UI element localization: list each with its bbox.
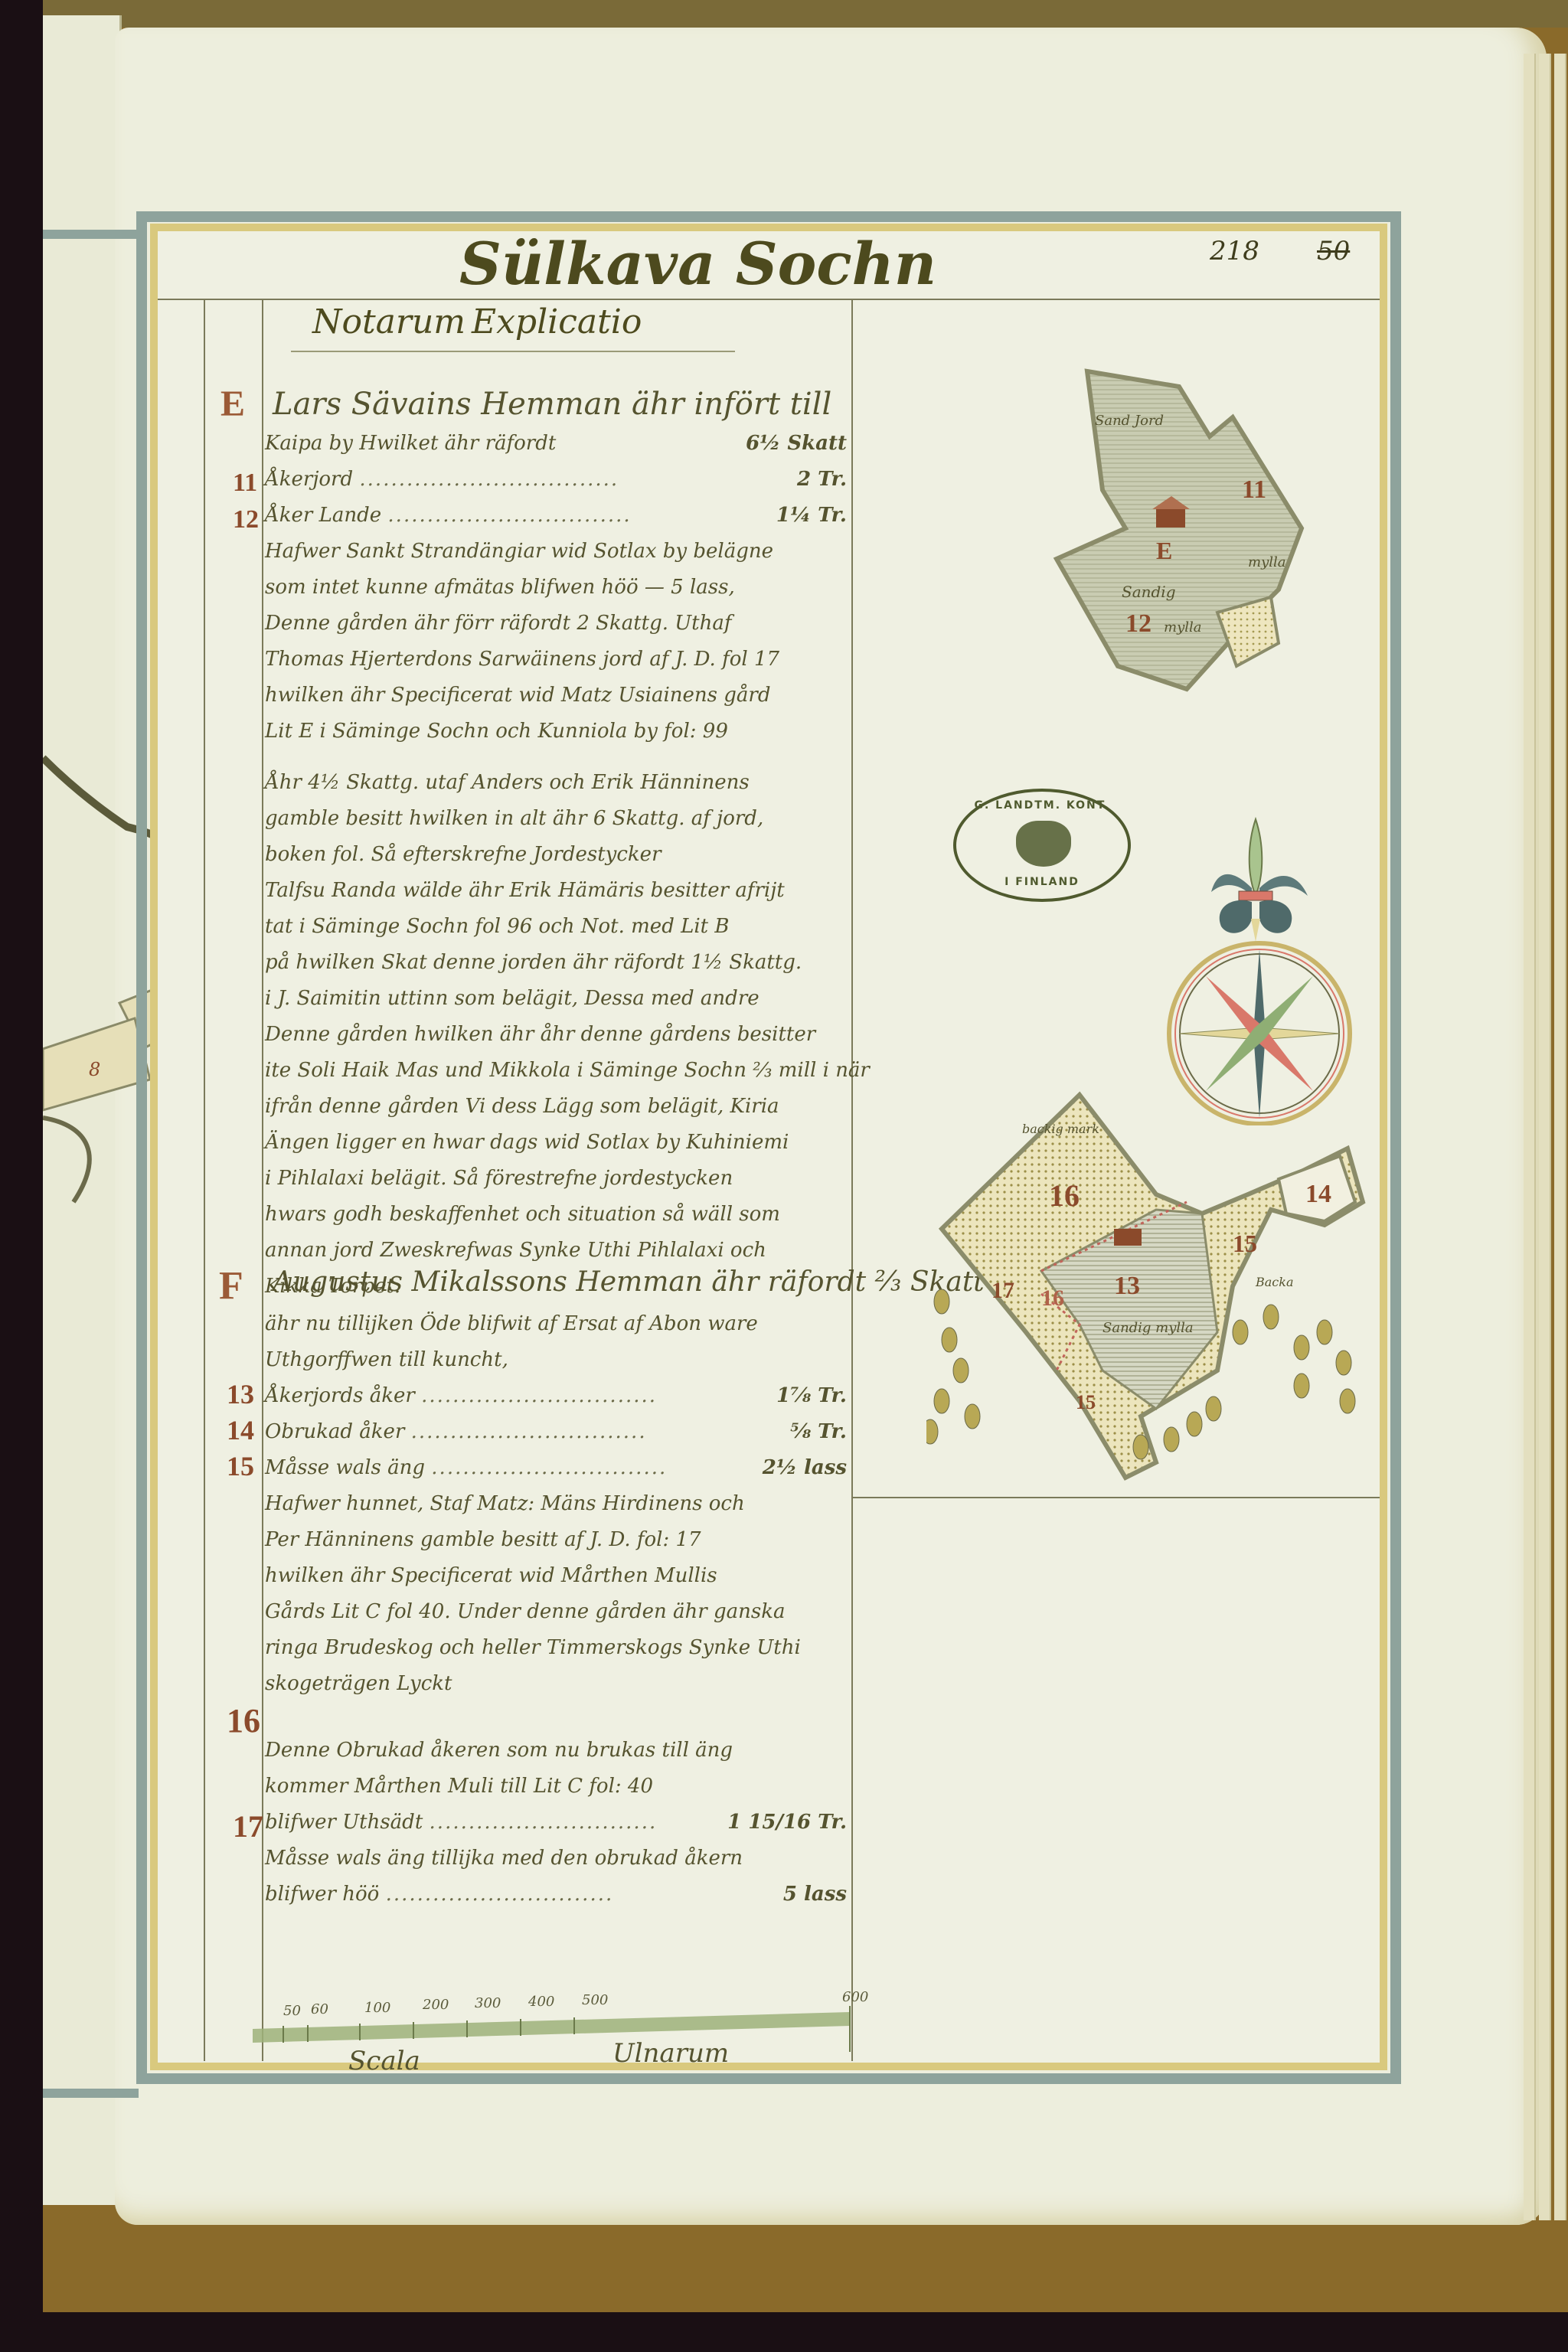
- plot-label-17: 17: [991, 1278, 1014, 1303]
- svg-text:backig mark: backig mark: [1022, 1122, 1099, 1136]
- scale-label-scala: Scala: [348, 2046, 420, 2076]
- entry-line: hwilken ähr Specificerat wid Matz Usiain…: [265, 678, 847, 714]
- item-number-17: 17: [233, 1808, 263, 1844]
- entry-line: skogeträgen Lyckt: [265, 1666, 847, 1702]
- entry-line: ähr nu tillijken Öde blifwit af Ersat af…: [265, 1306, 847, 1342]
- margin-rule: [204, 300, 205, 2061]
- entry-line: blifwer Uthsädt ........................…: [265, 1805, 847, 1841]
- entry-line: i J. Saimitin uttinn som belägit, Dessa …: [265, 981, 847, 1017]
- entry-line: Åkerjord ...............................…: [265, 462, 847, 498]
- entry-f-heading: Augustus Mikalssons Hemman ähr räfordt ⅔…: [273, 1266, 985, 1298]
- scale-tick: 200: [423, 1997, 449, 2013]
- entry-line: Obrukad åker ...........................…: [265, 1414, 847, 1450]
- subtitle-explicatio: Explicatio: [472, 302, 642, 341]
- stamp-top-text: G. LANDTM. KONT.: [956, 799, 1128, 812]
- crown-emblem-icon: [1016, 821, 1071, 867]
- entry-line: Hafwer Sankt Strandängiar wid Sotlax by …: [265, 534, 847, 570]
- page-title: Sülkava Sochn: [459, 230, 936, 298]
- entry-line: Denne gården ähr förr räfordt 2 Skattg. …: [265, 606, 847, 642]
- plot-label-15b: 15: [1076, 1391, 1096, 1413]
- scale-tick: 60: [311, 2001, 328, 2017]
- map-plot-lower: 16 13 15 14 17 16 15 Sandig mylla backig…: [926, 1080, 1386, 1493]
- entry-line: som intet kunne afmätas blifwen höö — 5 …: [265, 570, 847, 606]
- scale-tick: 50: [283, 2003, 301, 2019]
- entry-line: Kaipa by Hwilket ähr räfordt 6½ Skatt: [265, 426, 847, 462]
- item-number-15: 15: [227, 1450, 254, 1482]
- entry-line: i Pihlalaxi belägit. Så förestrefne jord…: [265, 1161, 847, 1197]
- item-number-14: 14: [227, 1414, 254, 1446]
- entry-line: Denne gården hwilken ähr åhr denne gårde…: [265, 1017, 847, 1053]
- entry-line: boken fol. Så efterskrefne Jordestycker: [265, 837, 847, 873]
- scale-label-ulnarum: Ulnarum: [612, 2038, 729, 2069]
- entry-line: hwilken ähr Specificerat wid Mårthen Mul…: [265, 1558, 847, 1594]
- entry-line: ifrån denne gården Vi dess Lägg som belä…: [265, 1089, 847, 1125]
- page-edge: [1554, 54, 1566, 2220]
- entry-f-text: ähr nu tillijken Öde blifwit af Ersat af…: [265, 1306, 847, 1913]
- header-rule: [158, 299, 1380, 300]
- entry-line: Thomas Hjerterdons Sarwäinens jord af J.…: [265, 642, 847, 678]
- subtitle-notarum: Notarum: [312, 302, 465, 341]
- archive-stamp: G. LANDTM. KONT. I FINLAND: [953, 789, 1131, 902]
- entry-letter-e: E: [220, 383, 245, 425]
- entry-letter-f: F: [219, 1263, 243, 1308]
- entry-line: Gårds Lit C fol 40. Under denne gården ä…: [265, 1594, 847, 1630]
- entry-line: Måsse wals äng tillijka med den obrukad …: [265, 1841, 847, 1877]
- entry-line: Åkerjords åker .........................…: [265, 1378, 847, 1414]
- svg-text:8: 8: [89, 1059, 100, 1080]
- scale-tick: 300: [475, 1995, 501, 2011]
- entry-line: gamble besitt hwilken in alt ähr 6 Skatt…: [265, 801, 847, 837]
- entry-line: Denne Obrukad åkeren som nu brukas till …: [265, 1733, 847, 1769]
- map-section-rule: [851, 1497, 1380, 1498]
- scale-tick: 500: [582, 1992, 608, 2008]
- entry-line: Uthgorffwen till kuncht,: [265, 1342, 847, 1378]
- entry-line: Lit E i Säminge Sochn och Kunniola by fo…: [265, 714, 847, 750]
- item-number-12: 12: [233, 505, 259, 534]
- entry-line: blifwer höö ............................…: [265, 1877, 847, 1913]
- svg-text:Sandig mylla: Sandig mylla: [1102, 1320, 1194, 1336]
- plot-label-e: E: [1156, 537, 1172, 564]
- map-plot-upper: 11 E 12 Sandig mylla mylla Sand Jord: [1049, 360, 1309, 704]
- plot-label-14: 14: [1305, 1180, 1331, 1208]
- entry-line: Hafwer hunnet, Staf Matz: Mäns Hirdinens…: [265, 1486, 847, 1522]
- book-top-edge: [43, 0, 1568, 28]
- number-column-rule: [262, 300, 263, 2061]
- entry-line: Talfsu Randa wälde ähr Erik Hämäris besi…: [265, 873, 847, 909]
- folio-number: 218: [1210, 236, 1259, 266]
- svg-text:Sand Jord: Sand Jord: [1095, 413, 1164, 429]
- svg-text:Backa: Backa: [1255, 1275, 1294, 1289]
- page-edge: [1539, 54, 1551, 2220]
- entry-e-heading: Lars Sävains Hemman ähr infört till: [273, 387, 831, 422]
- item-number-16: 16: [227, 1701, 260, 1740]
- entry-line: ite Soli Haik Mas und Mikkola i Säminge …: [265, 1053, 847, 1089]
- entry-line: Åker Lande .............................…: [265, 498, 847, 534]
- item-number-11: 11: [233, 469, 257, 498]
- stamp-bottom-text: I FINLAND: [956, 876, 1128, 888]
- plot-label-11: 11: [1242, 475, 1266, 504]
- entry-line: kommer Mårthen Muli till Lit C fol: 40: [265, 1769, 847, 1805]
- entry-line: hwars godh beskaffenhet och situation så…: [265, 1197, 847, 1233]
- entry-line: ringa Brudeskog och heller Timmerskogs S…: [265, 1630, 847, 1666]
- entry-line: annan jord Zweskrefwas Synke Uthi Pihlal…: [265, 1233, 847, 1269]
- plot-label-13: 13: [1114, 1272, 1140, 1300]
- svg-text:Sandig: Sandig: [1122, 583, 1176, 601]
- scale-bar-graphic: [253, 2006, 857, 2052]
- entry-line: Måsse wals äng .........................…: [265, 1450, 847, 1486]
- svg-text:mylla: mylla: [1248, 554, 1285, 570]
- page-edge: [1524, 54, 1536, 2220]
- scale-tick: 400: [528, 1994, 554, 2010]
- entry-line: Per Hänninens gamble besitt af J. D. fol…: [265, 1522, 847, 1558]
- item-number-13: 13: [227, 1378, 254, 1410]
- plot-label-15: 15: [1233, 1230, 1257, 1257]
- svg-text:mylla: mylla: [1164, 619, 1201, 635]
- entry-line: Åhr 4½ Skattg. utaf Anders och Erik Hänn…: [265, 765, 847, 801]
- scale-tick: 600: [842, 1989, 868, 2005]
- compass-rose-icon: [1156, 812, 1355, 1125]
- folio-number-struck: 50: [1317, 236, 1350, 266]
- plot-label-16: 16: [1049, 1178, 1080, 1213]
- scale-tick: 100: [364, 2000, 390, 2016]
- plot-label-16b: 16: [1041, 1285, 1064, 1311]
- entry-line: på hwilken Skat denne jorden ähr räfordt…: [265, 945, 847, 981]
- entry-e-text: Kaipa by Hwilket ähr räfordt 6½ Skatt Åk…: [265, 426, 847, 1305]
- scale-bar: 50 60 100 200 300 400 500 600 Scala Ulna…: [253, 1992, 857, 2092]
- text-column-rule: [851, 300, 853, 2061]
- entry-line: Ängen ligger en hwar dags wid Sotlax by …: [265, 1125, 847, 1161]
- plot-label-12: 12: [1125, 609, 1151, 638]
- subtitle-underline: [291, 351, 735, 352]
- entry-line: tat i Säminge Sochn fol 96 och Not. med …: [265, 909, 847, 945]
